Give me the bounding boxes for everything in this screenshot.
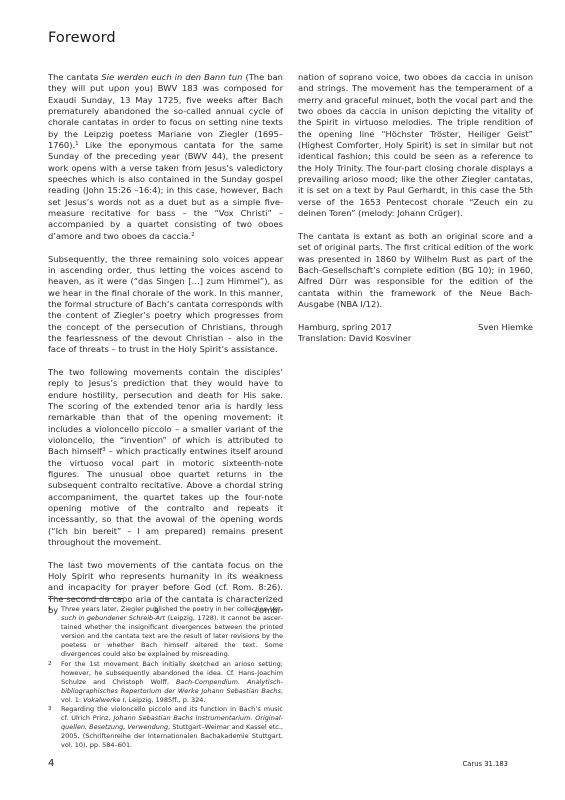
text: Like the eponymous cantata for the same … [48,140,283,241]
paragraph-3: The two following movements contain the … [48,367,283,549]
text: , Leipzig, 1985ff., p. 324. [125,696,206,704]
footnote-2: 2For the 1st movement Bach initially ske… [48,660,283,705]
footnote-number: 3 [48,705,52,714]
text: The cantata [48,72,101,82]
publisher-reference: Carus 31.183 [463,760,509,768]
footnote-divider [48,598,124,599]
page-number: 4 [48,758,54,769]
footnote-3: 3Regarding the violoncello piccolo and i… [48,705,283,750]
paragraph-6: The cantata is extant as both an origina… [298,231,533,310]
left-column: The cantata Sie werden euch in den Bann … [48,72,283,628]
footnote-number: 2 [48,660,52,669]
footnote-ref-2[interactable]: 2 [191,232,195,238]
right-column: nation of soprano voice, two oboes da ca… [298,72,533,356]
paragraph-5: nation of soprano voice, two oboes da ca… [298,72,533,219]
text: Three years later, Ziegler published the… [61,605,270,613]
signature: Hamburg, spring 2017 Sven Hiemke [298,322,533,333]
author-name: Sven Hiemke [478,322,533,333]
footnotes: 1Three years later, Ziegler published th… [48,605,283,751]
footnote-number: 1 [48,605,52,614]
text: The two following movements contain the … [48,367,283,456]
place-date: Hamburg, spring 2017 [298,322,392,333]
paragraph-1: The cantata Sie werden euch in den Bann … [48,72,283,242]
text: – which practically entwines itself arou… [48,446,283,547]
page-title: Foreword [48,30,116,46]
paragraph-2: Subsequently, the three remaining solo v… [48,254,283,356]
text: (The ban they will put upon you) BWV 183… [48,72,283,150]
footnote-1: 1Three years later, Ziegler published th… [48,605,283,660]
volume-title: Vokal­werke I [83,696,124,704]
cantata-title: Sie werden euch in den Bann tun [101,72,242,82]
translator-credit: Translation: David Kosviner [298,333,533,344]
